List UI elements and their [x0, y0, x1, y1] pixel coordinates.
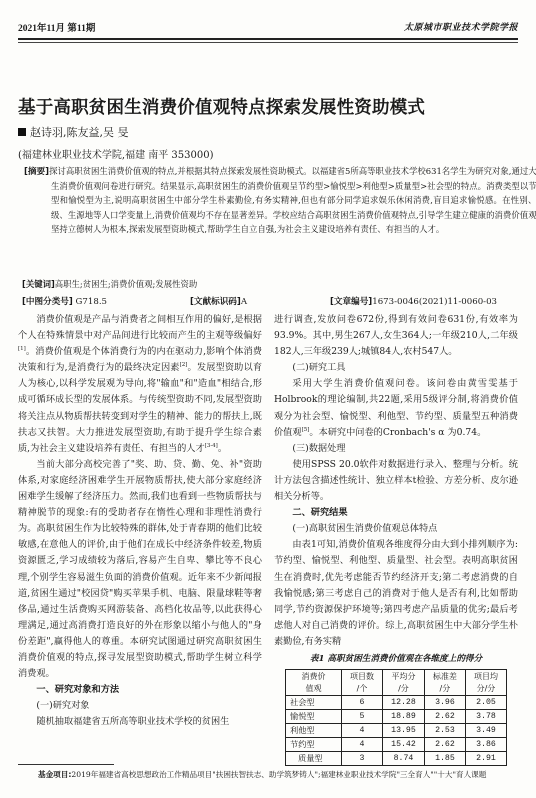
- paragraph: 进行调查,发放问卷672份,得到有效问卷631份,有效率为93.9%。其中,男生…: [274, 312, 518, 360]
- clc-number: [中图分类号] G718.5: [22, 295, 107, 307]
- table-row: 愉悦型 5 18.89 2.62 3.78: [286, 710, 507, 724]
- keywords-label: [关键词]: [22, 279, 55, 289]
- section-heading: 二、研究结果: [274, 505, 518, 521]
- subsection-heading: (一)研究对象: [18, 698, 262, 714]
- affiliation: (福建林业职业技术学院,福建 南平 353000): [18, 146, 214, 161]
- score-table: 消费价值观 项目数/个 平均分/分 标准差/分 项目均分/分 社会型 6 12.…: [285, 669, 507, 766]
- body-column-right: 进行调查,发放问卷672份,得到有效问卷631份,有效率为93.9%。其中,男生…: [274, 312, 518, 766]
- author-names: 赵诗羽,陈友益,吴 旻: [30, 126, 129, 139]
- subsection-heading: (一)高职贫困生消费价值观总体特点: [274, 521, 518, 537]
- citation: [1]: [18, 346, 26, 352]
- article-title: 基于高职贫困生消费价值观特点探索发展性资助模式: [18, 94, 425, 119]
- footnote-label: 基金项目:: [18, 770, 71, 779]
- doc-code-label: [文献标识码]: [190, 297, 241, 307]
- table-row: 质量型 3 8.74 1.85 2.91: [286, 752, 507, 766]
- table-row: 节约型 4 15.42 2.62 3.86: [286, 738, 507, 752]
- clc-label: [中图分类号]: [22, 297, 73, 307]
- document-code: [文献标识码]A: [190, 295, 247, 307]
- header-rule-thin: [18, 42, 518, 43]
- subsection-heading: (三)数据处理: [274, 441, 518, 457]
- header-rule: [18, 38, 518, 40]
- abstract-label: [摘要]: [24, 167, 49, 177]
- running-head: 2021年11月 第11期 太原城市职业技术学院学报: [18, 20, 518, 34]
- abstract: [摘要]探讨高职贫困生消费价值观的特点,并根据其特点探索发展性资助模式。以福建省…: [24, 164, 536, 236]
- issue-date: 2021年11月 第11期: [18, 20, 95, 34]
- square-bullet-icon: [18, 128, 26, 136]
- keywords-text: 高职生;贫困生;消费价值观;发展性资助: [55, 279, 197, 289]
- table-caption: 表1 高职贫困生消费价值观在各维度上的得分: [274, 651, 518, 667]
- header-cell: 消费价值观: [286, 670, 342, 696]
- paragraph: 由表1可知,消费价值观各维度得分由大到小排列顺序为:节约型、愉悦型、利他型、质量…: [274, 537, 518, 650]
- paragraph: 消费价值观是产品与消费者之间相互作用的偏好,是根据个人在特殊情景中对产品间进行比…: [18, 312, 262, 457]
- header-cell: 标准差/分: [424, 670, 465, 696]
- citation: [3-4]: [205, 443, 218, 449]
- funding-footnote: 基金项目:2019年福建省高校思想政治工作精品项目"扶困扶智扶志、助学筑梦铸人"…: [18, 768, 518, 781]
- article-number: [文章编号]1673-0046(2021)11-0060-03: [330, 295, 497, 307]
- header-cell: 项目均分/分: [465, 670, 506, 696]
- header-cell: 项目数/个: [342, 670, 383, 696]
- header-cell: 平均分/分: [383, 670, 425, 696]
- journal-name: 太原城市职业技术学院学报: [404, 20, 518, 33]
- subsection-heading: (二)研究工具: [274, 360, 518, 376]
- paragraph: 采用大学生消费价值观问卷。该问卷由黄雪雯基于Holbrook的理论编制,共22题…: [274, 376, 518, 440]
- authors: 赵诗羽,陈友益,吴 旻: [18, 124, 129, 140]
- doc-code-value: A: [241, 297, 247, 307]
- table-row: 利他型 4 13.95 2.53 3.49: [286, 724, 507, 738]
- paragraph: 当前大部分高校完善了"奖、助、贷、勤、免、补"资助体系,对家庭经济困难学生开展物…: [18, 457, 262, 682]
- paragraph: 使用SPSS 20.0软件对数据进行录入、整理与分析。统计方法包含描述性统计、独…: [274, 457, 518, 505]
- footnote-rule: [18, 764, 114, 765]
- footnote-text: 2019年福建省高校思想政治工作精品项目"扶困扶智扶志、助学筑梦铸人";福建林业…: [71, 770, 486, 779]
- abstract-text: 探讨高职贫困生消费价值观的特点,并根据其特点探索发展性资助模式。以福建省5所高等…: [49, 166, 536, 234]
- article-no-value: 1673-0046(2021)11-0060-03: [372, 297, 497, 307]
- section-heading: 一、研究对象和方法: [18, 682, 262, 698]
- article-no-label: [文章编号]: [330, 297, 372, 307]
- body-column-left: 消费价值观是产品与消费者之间相互作用的偏好,是根据个人在特殊情景中对产品间进行比…: [18, 312, 262, 730]
- keywords: [关键词]高职生;贫困生;消费价值观;发展性资助: [22, 278, 197, 290]
- table-header-row: 消费价值观 项目数/个 平均分/分 标准差/分 项目均分/分: [286, 670, 507, 696]
- paragraph: 随机抽取福建省五所高等职业技术学校的贫困生: [18, 714, 262, 730]
- clc-value: G718.5: [73, 297, 107, 307]
- table-row: 社会型 6 12.28 3.96 2.05: [286, 696, 507, 710]
